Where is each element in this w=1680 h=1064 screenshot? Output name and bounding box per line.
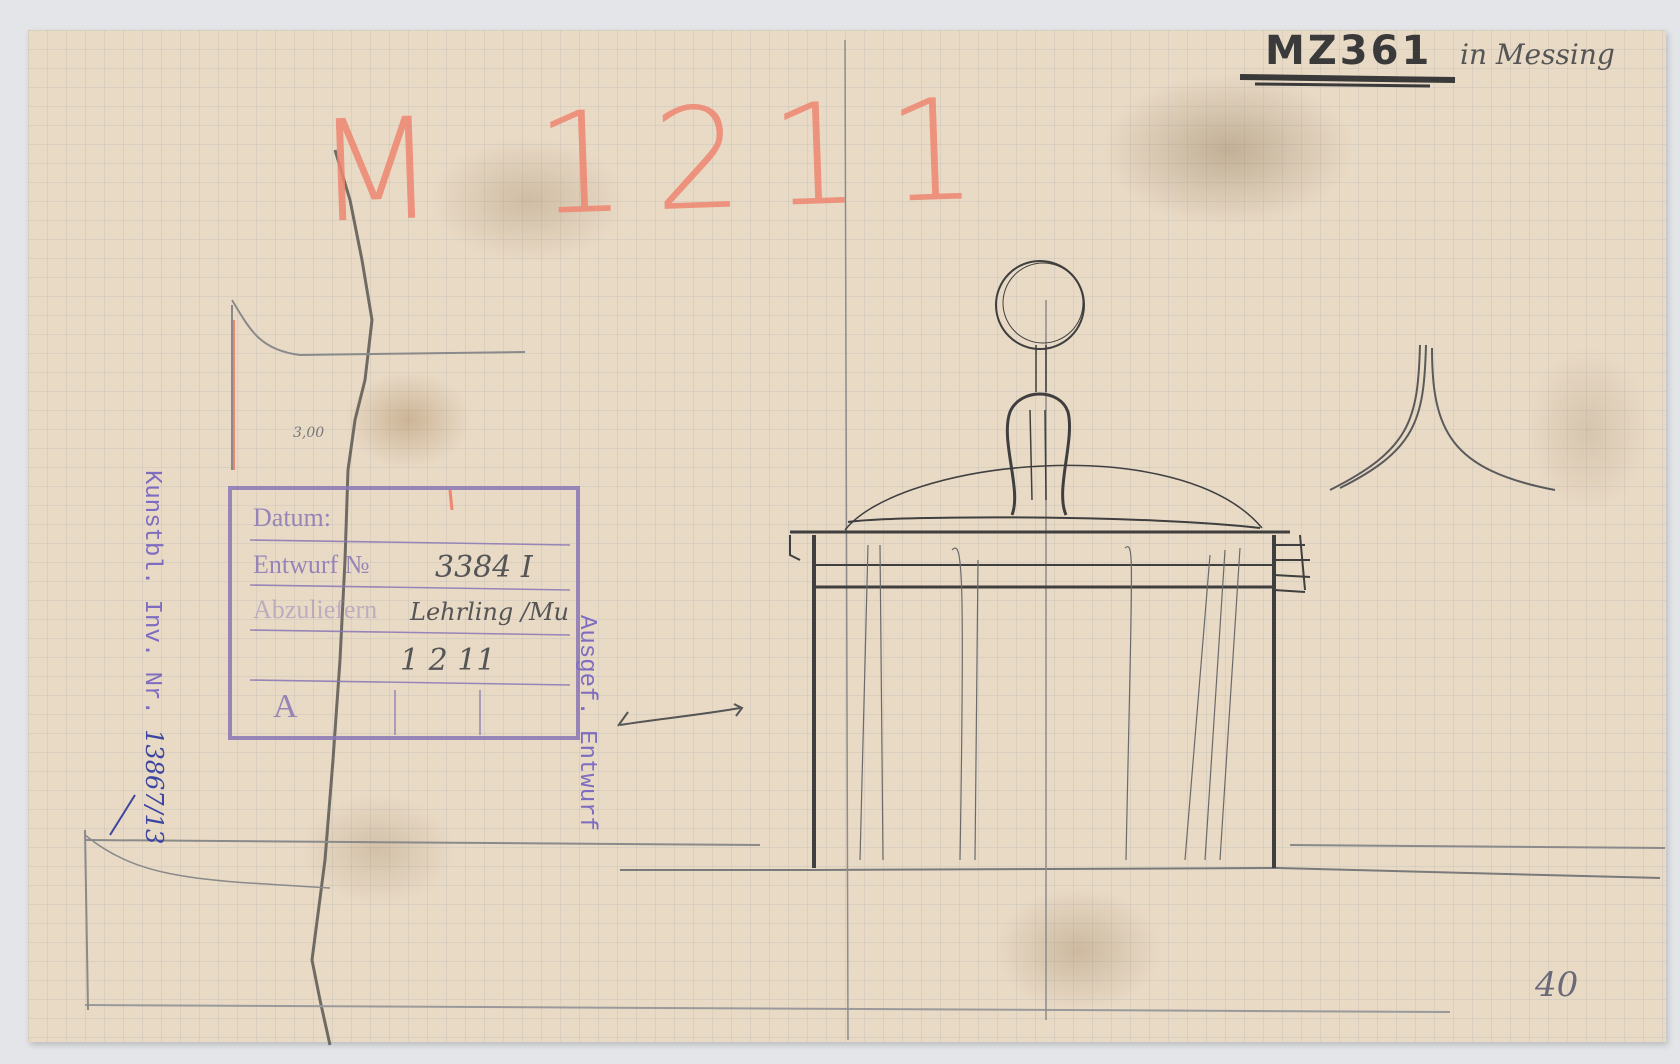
stamp-label-entwurf: Entwurf №	[253, 550, 370, 580]
stamp-value-abzuliefern: Lehrling /Mu	[410, 598, 569, 626]
stamp-label-a: A	[273, 688, 298, 726]
stamp-value-number: 1 2 11	[400, 643, 495, 678]
inventory-stamp: Kunstbl. Inv. Nr. 13867/13	[138, 470, 168, 844]
stamp-label-abzuliefern: Abzuliefern	[253, 595, 377, 625]
sheet-number: 40	[1535, 965, 1578, 1005]
price-note: 3,00	[293, 425, 324, 441]
stamp-label-datum: Datum:	[253, 503, 331, 533]
vessel-sketch	[790, 261, 1310, 868]
inventory-label: Kunstbl. Inv. Nr.	[138, 470, 165, 715]
executed-design-stamp: Ausgef. Entwurf	[573, 615, 600, 831]
catalog-number: MZ361	[1265, 28, 1432, 74]
material-note: in Messing	[1460, 38, 1615, 71]
stamp-value-entwurf: 3384 I	[435, 550, 533, 585]
red-inventory-number: M 1211	[312, 68, 1007, 255]
inventory-value: 13867/13	[140, 729, 168, 844]
arrow-icon	[620, 708, 740, 725]
profile-detail-sketch	[1330, 345, 1555, 490]
